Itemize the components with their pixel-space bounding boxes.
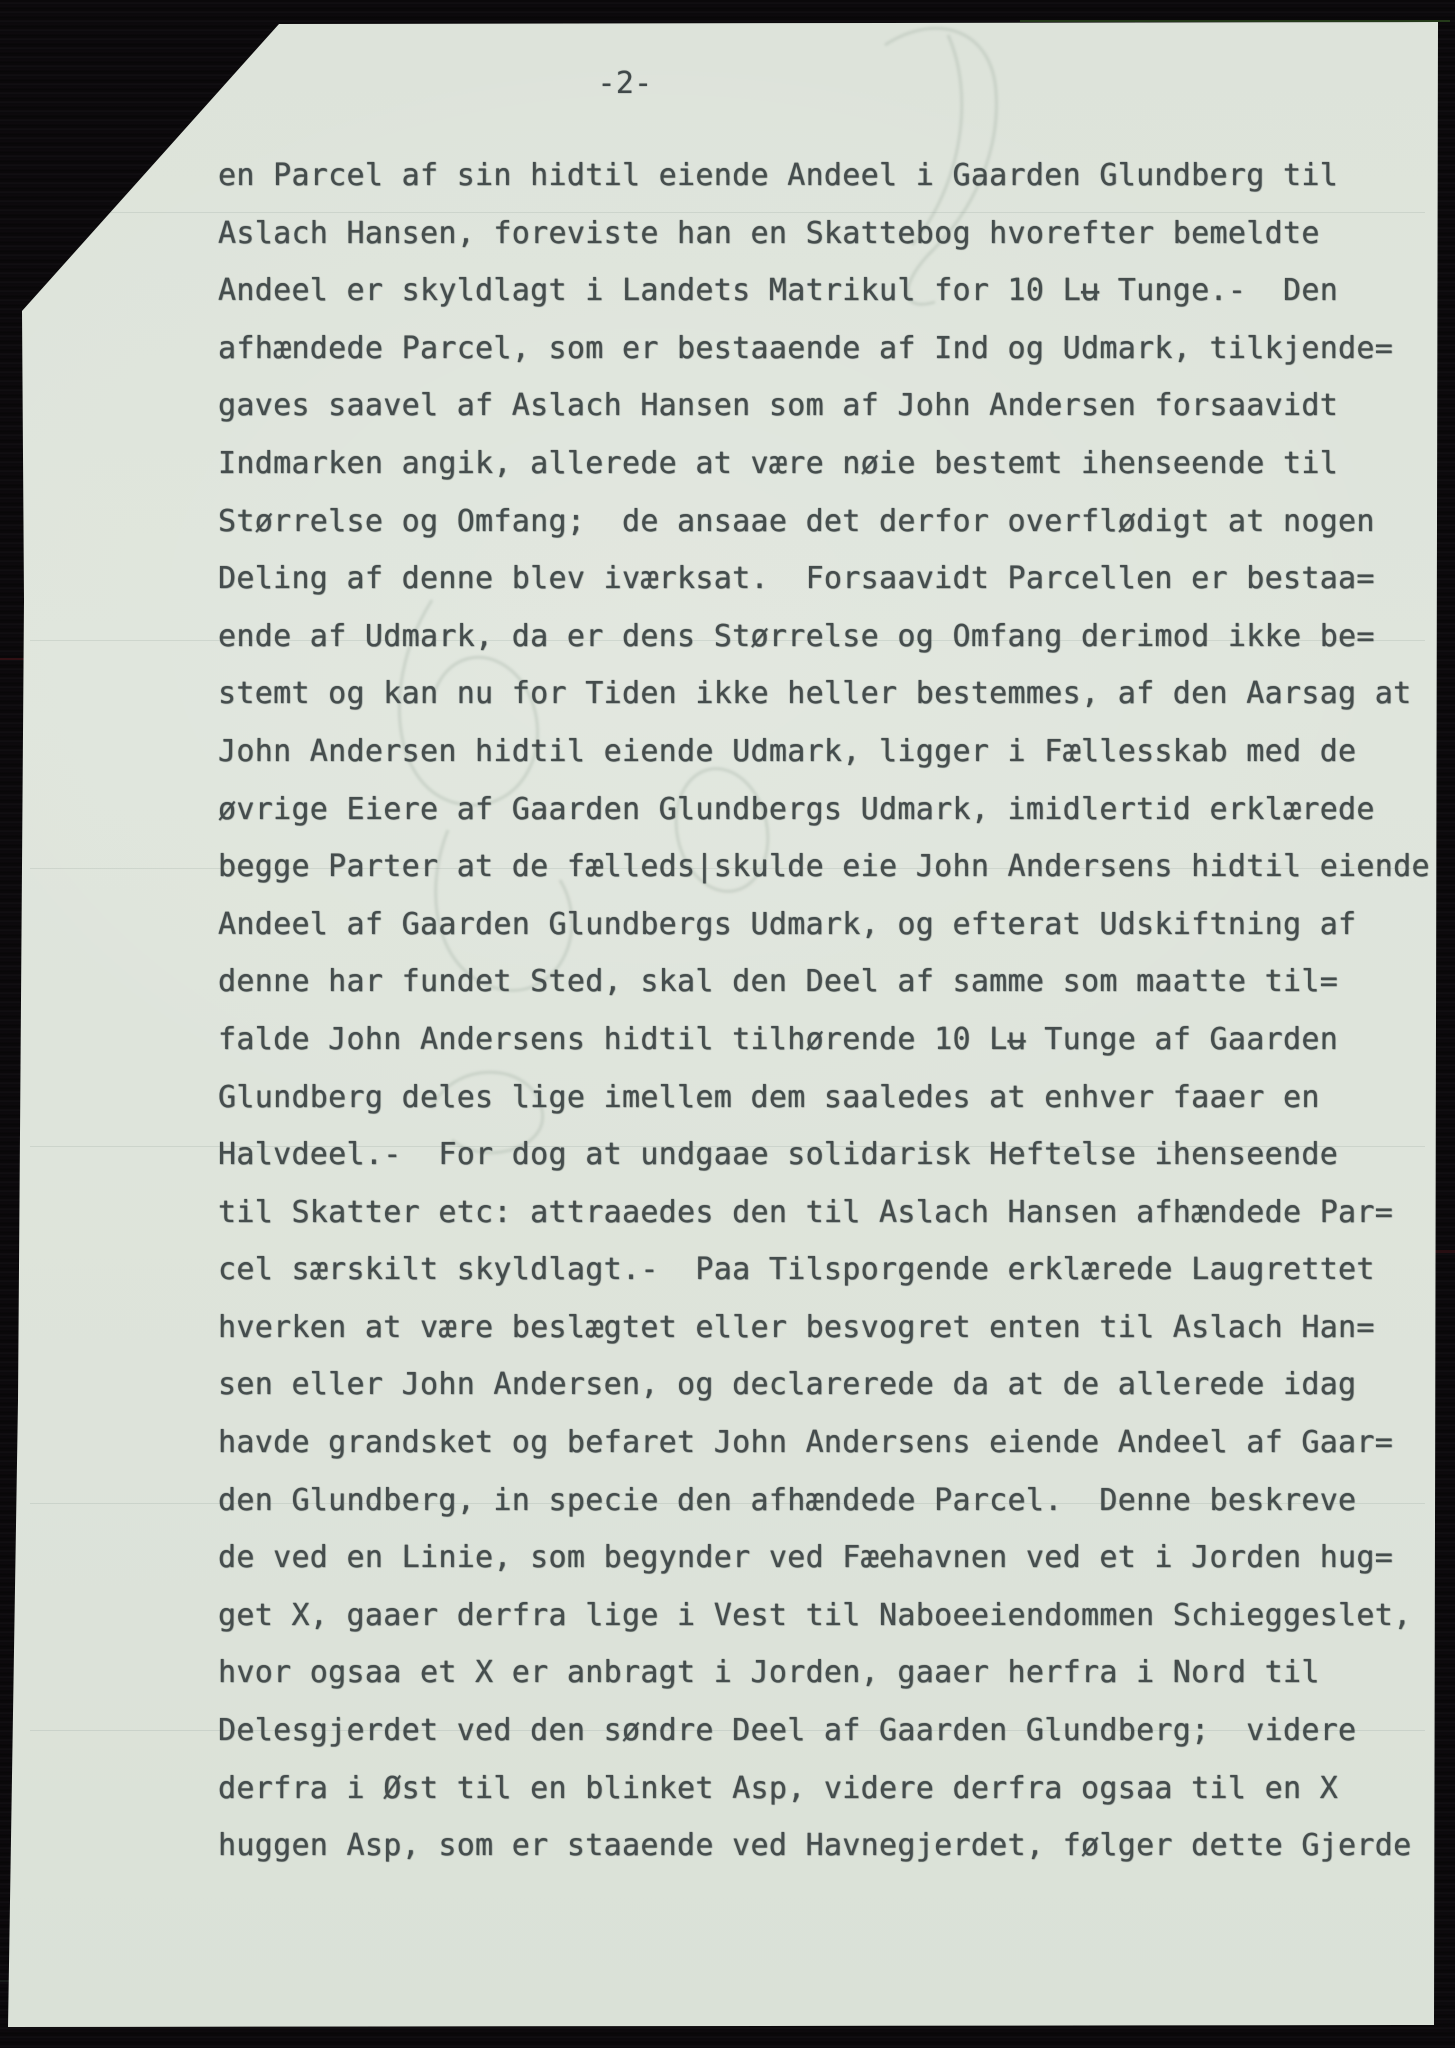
text-line: gaves saavel af Aslach Hansen som af Joh…: [218, 377, 1438, 435]
text-line: afhændede Parcel, som er bestaaende af I…: [218, 320, 1438, 378]
text-line: Delesgjerdet ved den søndre Deel af Gaar…: [218, 1702, 1438, 1760]
text-line: øvrige Eiere af Gaarden Glundbergs Udmar…: [218, 781, 1438, 839]
text-line: Andeel af Gaarden Glundbergs Udmark, og …: [218, 896, 1438, 954]
text-line: hvor ogsaa et X er anbragt i Jorden, gaa…: [218, 1644, 1438, 1702]
text-line: Størrelse og Omfang; de ansaae det derfo…: [218, 493, 1438, 551]
text-line: havde grandsket og befaret John Andersen…: [218, 1414, 1438, 1472]
scanned-document-page: -2- en Parcel af sin hidtil eiende Andee…: [0, 0, 1455, 2048]
text-line: Andeel er skyldlagt i Landets Matrikul f…: [218, 262, 1438, 320]
page-number: -2-: [555, 66, 695, 101]
text-line: de ved en Linie, som begynder ved Fæehav…: [218, 1529, 1438, 1587]
text-line: ende af Udmark, da er dens Størrelse og …: [218, 608, 1438, 666]
text-line: Glundberg deles lige imellem dem saalede…: [218, 1069, 1438, 1127]
text-line: hverken at være beslægtet eller besvogre…: [218, 1299, 1438, 1357]
typewritten-text: en Parcel af sin hidtil eiende Andeel i …: [218, 147, 1438, 1875]
text-line: sen eller John Andersen, og declarerede …: [218, 1356, 1438, 1414]
text-line: Deling af denne blev iværksat. Forsaavid…: [218, 550, 1438, 608]
text-line: begge Parter at de fælleds|skulde eie Jo…: [218, 838, 1438, 896]
text-line: Indmarken angik, allerede at være nøie b…: [218, 435, 1438, 493]
text-line: den Glundberg, in specie den afhændede P…: [218, 1472, 1438, 1530]
text-line: John Andersen hidtil eiende Udmark, ligg…: [218, 723, 1438, 781]
paper-sheet: -2- en Parcel af sin hidtil eiende Andee…: [0, 0, 1455, 2048]
text-line: stemt og kan nu for Tiden ikke heller be…: [218, 665, 1438, 723]
text-line: til Skatter etc: attraaedes den til Asla…: [218, 1184, 1438, 1242]
text-line: get X, gaaer derfra lige i Vest til Nabo…: [218, 1587, 1438, 1645]
text-line: derfra i Øst til en blinket Asp, videre …: [218, 1760, 1438, 1818]
text-line: huggen Asp, som er staaende ved Havnegje…: [218, 1817, 1438, 1875]
text-line: Aslach Hansen, foreviste han en Skattebo…: [218, 205, 1438, 263]
text-line: en Parcel af sin hidtil eiende Andeel i …: [218, 147, 1438, 205]
scan-artifact-green-streak: [1020, 20, 1450, 22]
text-line: falde John Andersens hidtil tilhørende 1…: [218, 1011, 1438, 1069]
text-line: cel særskilt skyldlagt.- Paa Tilsporgend…: [218, 1241, 1438, 1299]
text-line: denne har fundet Sted, skal den Deel af …: [218, 953, 1438, 1011]
text-line: Halvdeel.- For dog at undgaae solidarisk…: [218, 1126, 1438, 1184]
